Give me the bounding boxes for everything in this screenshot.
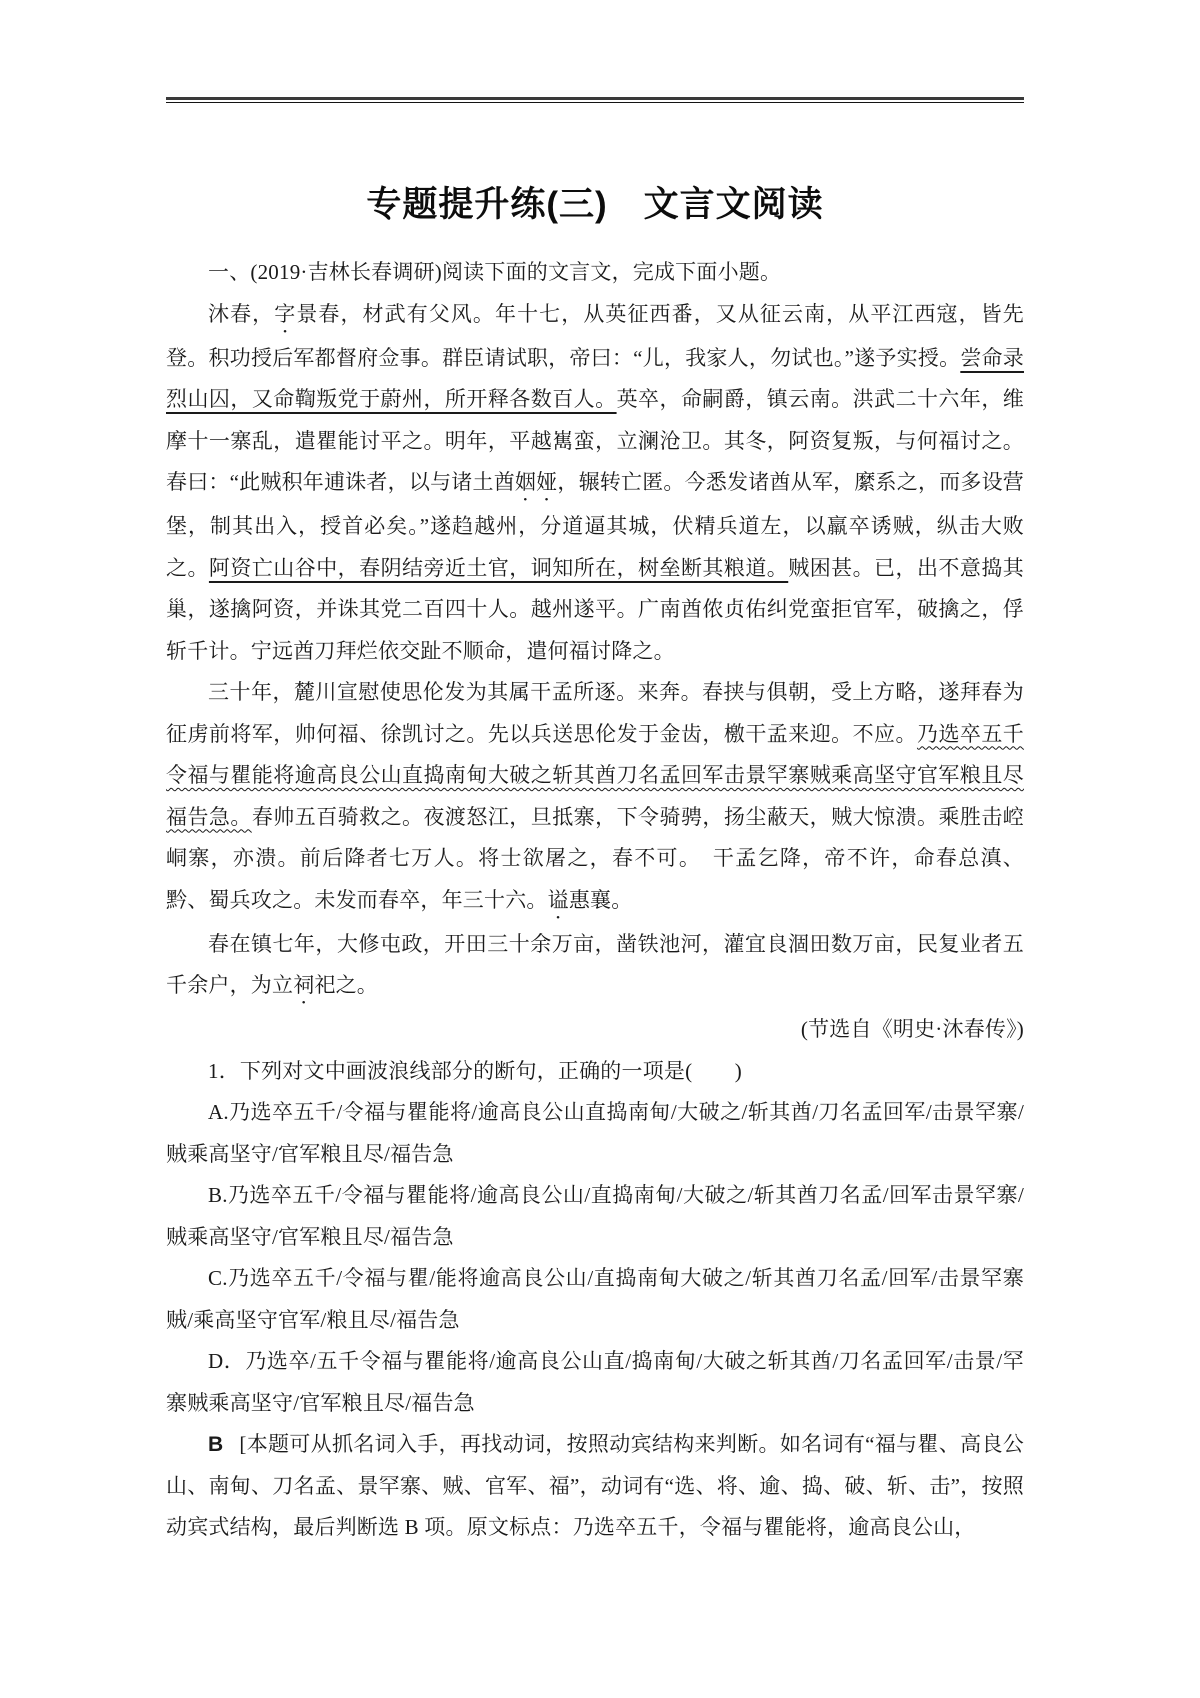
passage-paragraph: 春在镇七年，大修屯政，开田三十余万亩，凿铁池河，灌宜良涸田数万亩，民复业者五千余… xyxy=(166,924,1024,1010)
passage-segment-underline: 阿资亡山谷中，春阴结旁近土官，诇知所在，树垒断其粮道。 xyxy=(209,556,788,580)
passage-segment: 三十年，麓川宣慰使思伦发为其属干孟所逐。来奔。春挟与俱朝，受上方略，遂拜春为征虏… xyxy=(166,680,1024,746)
passage-segment-dot: 字 xyxy=(274,302,296,326)
passage-segment: 沐春， xyxy=(208,302,274,326)
header-rule xyxy=(166,97,1024,103)
passage-paragraph: 沐春，字景春，材武有父风。年十七，从英征西番，又从征云南，从平江西寇，皆先登。积… xyxy=(166,294,1024,673)
source-line: (节选自《明史·沐春传》) xyxy=(166,1009,1024,1051)
option-c: C.乃选卒五千/令福与瞿/能将逾高良公山/直捣南甸大破之/斩其酋刀名孟/回军/击… xyxy=(166,1258,1024,1341)
question-stem: 1．下列对文中画波浪线部分的断句，正确的一项是( ) xyxy=(166,1051,1024,1093)
section-intro: 一、(2019·吉林长春调研)阅读下面的文言文，完成下面小题。 xyxy=(166,252,1024,294)
passage-segment: 祀之。 xyxy=(314,973,378,997)
option-d: D．乃选卒/五千令福与瞿能将/逾高良公山直/捣南甸/大破之斩其酋/刀名孟回军/击… xyxy=(166,1341,1024,1424)
content-column: 一、(2019·吉林长春调研)阅读下面的文言文，完成下面小题。 沐春，字景春，材… xyxy=(166,252,1024,1549)
passage-segment-dot: 谥 xyxy=(548,888,569,912)
document-body: 专题提升练(三) 文言文阅读 一、(2019·吉林长春调研)阅读下面的文言文，完… xyxy=(166,0,1024,1549)
passage-segment: 惠襄。 xyxy=(569,888,633,912)
option-b: B.乃选卒五千/令福与瞿能将/逾高良公山/直捣南甸/大破之/斩其酋刀名孟/回军击… xyxy=(166,1175,1024,1258)
document-page: 专题提升练(三) 文言文阅读 一、(2019·吉林长春调研)阅读下面的文言文，完… xyxy=(0,0,1200,1698)
passage-paragraph: 三十年，麓川宣慰使思伦发为其属干孟所逐。来奔。春挟与俱朝，受上方略，遂拜春为征虏… xyxy=(166,672,1024,924)
answer-explanation: [本题可从抓名词入手，再找动词，按照动宾结构来判断。如名词有“福与瞿、高良公山、… xyxy=(166,1432,1024,1539)
answer-paragraph: B[本题可从抓名词入手，再找动词，按照动宾结构来判断。如名词有“福与瞿、高良公山… xyxy=(166,1424,1024,1549)
answer-letter: B xyxy=(208,1433,223,1456)
passage-segment-dot: 姻娅 xyxy=(515,470,557,494)
passage-segment-dot: 祠 xyxy=(293,973,314,997)
page-title: 专题提升练(三) 文言文阅读 xyxy=(166,183,1024,227)
passage: 沐春，字景春，材武有父风。年十七，从英征西番，又从征云南，从平江西寇，皆先登。积… xyxy=(166,294,1024,1010)
option-a: A.乃选卒五千/令福与瞿能将/逾高良公山直捣南甸/大破之/斩其酋/刀名孟回军/击… xyxy=(166,1092,1024,1175)
